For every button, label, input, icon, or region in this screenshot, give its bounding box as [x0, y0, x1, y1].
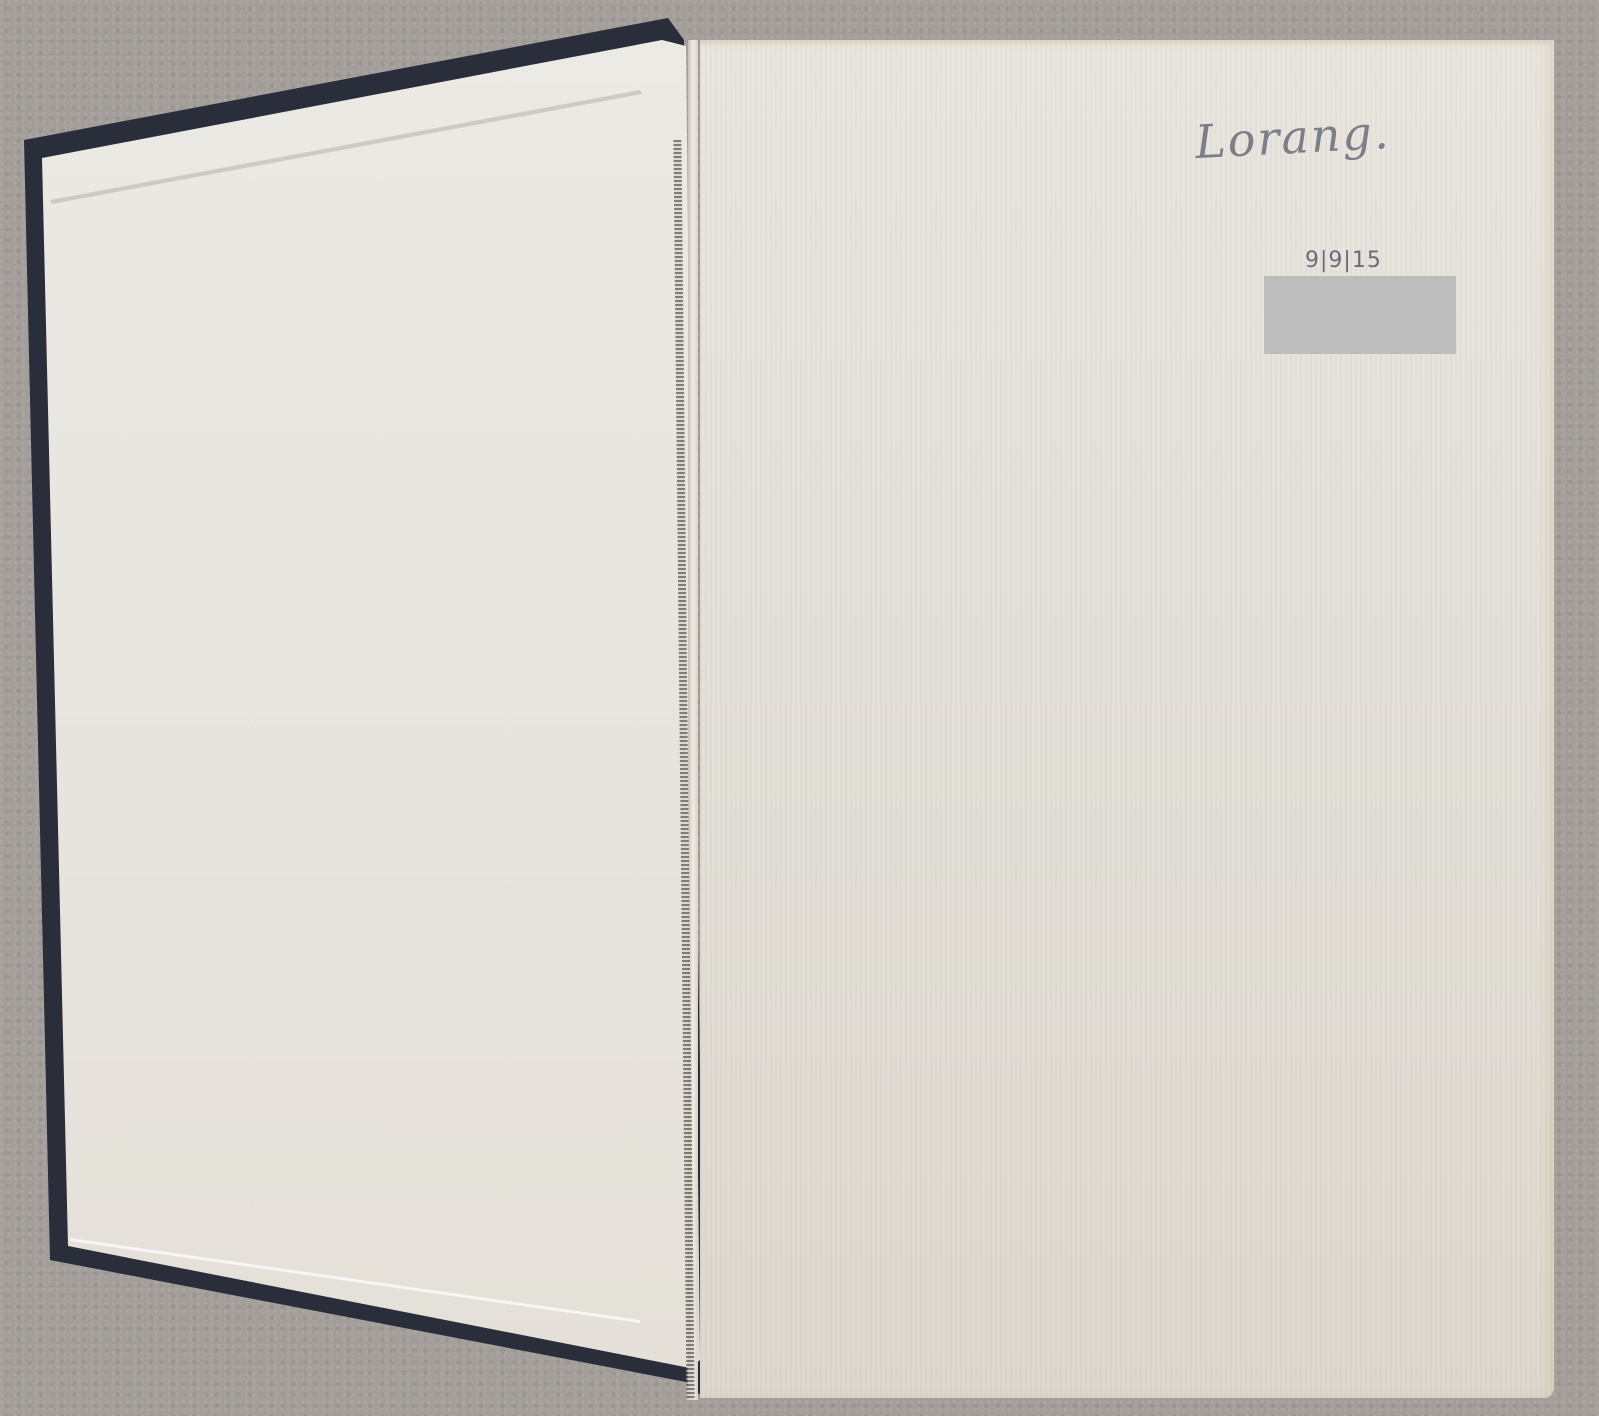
- handwritten-owner-name: Lorang.: [1194, 105, 1392, 169]
- handwritten-date: 9|9|15: [1305, 248, 1382, 273]
- free-endpaper: [700, 40, 1554, 1398]
- redacted-block: [1264, 276, 1456, 354]
- open-book-photo: Lorang. 9|9|15: [0, 0, 1599, 1416]
- endpaper-top-edge: [700, 40, 1554, 46]
